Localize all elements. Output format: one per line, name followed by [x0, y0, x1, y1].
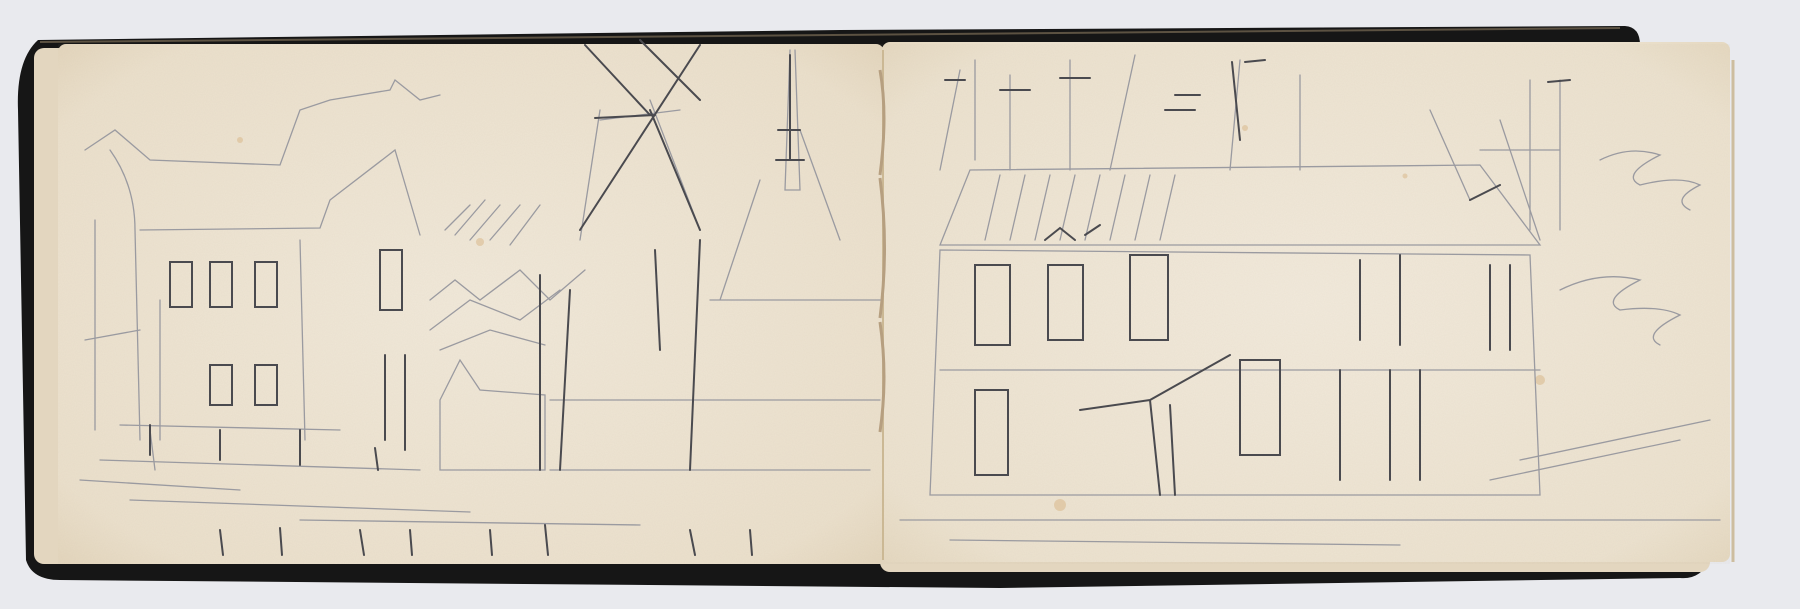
sketchbook-photo: Landscape-format sketchbook bound in bla…	[0, 0, 1800, 609]
sketchbook-illustration	[0, 0, 1800, 609]
